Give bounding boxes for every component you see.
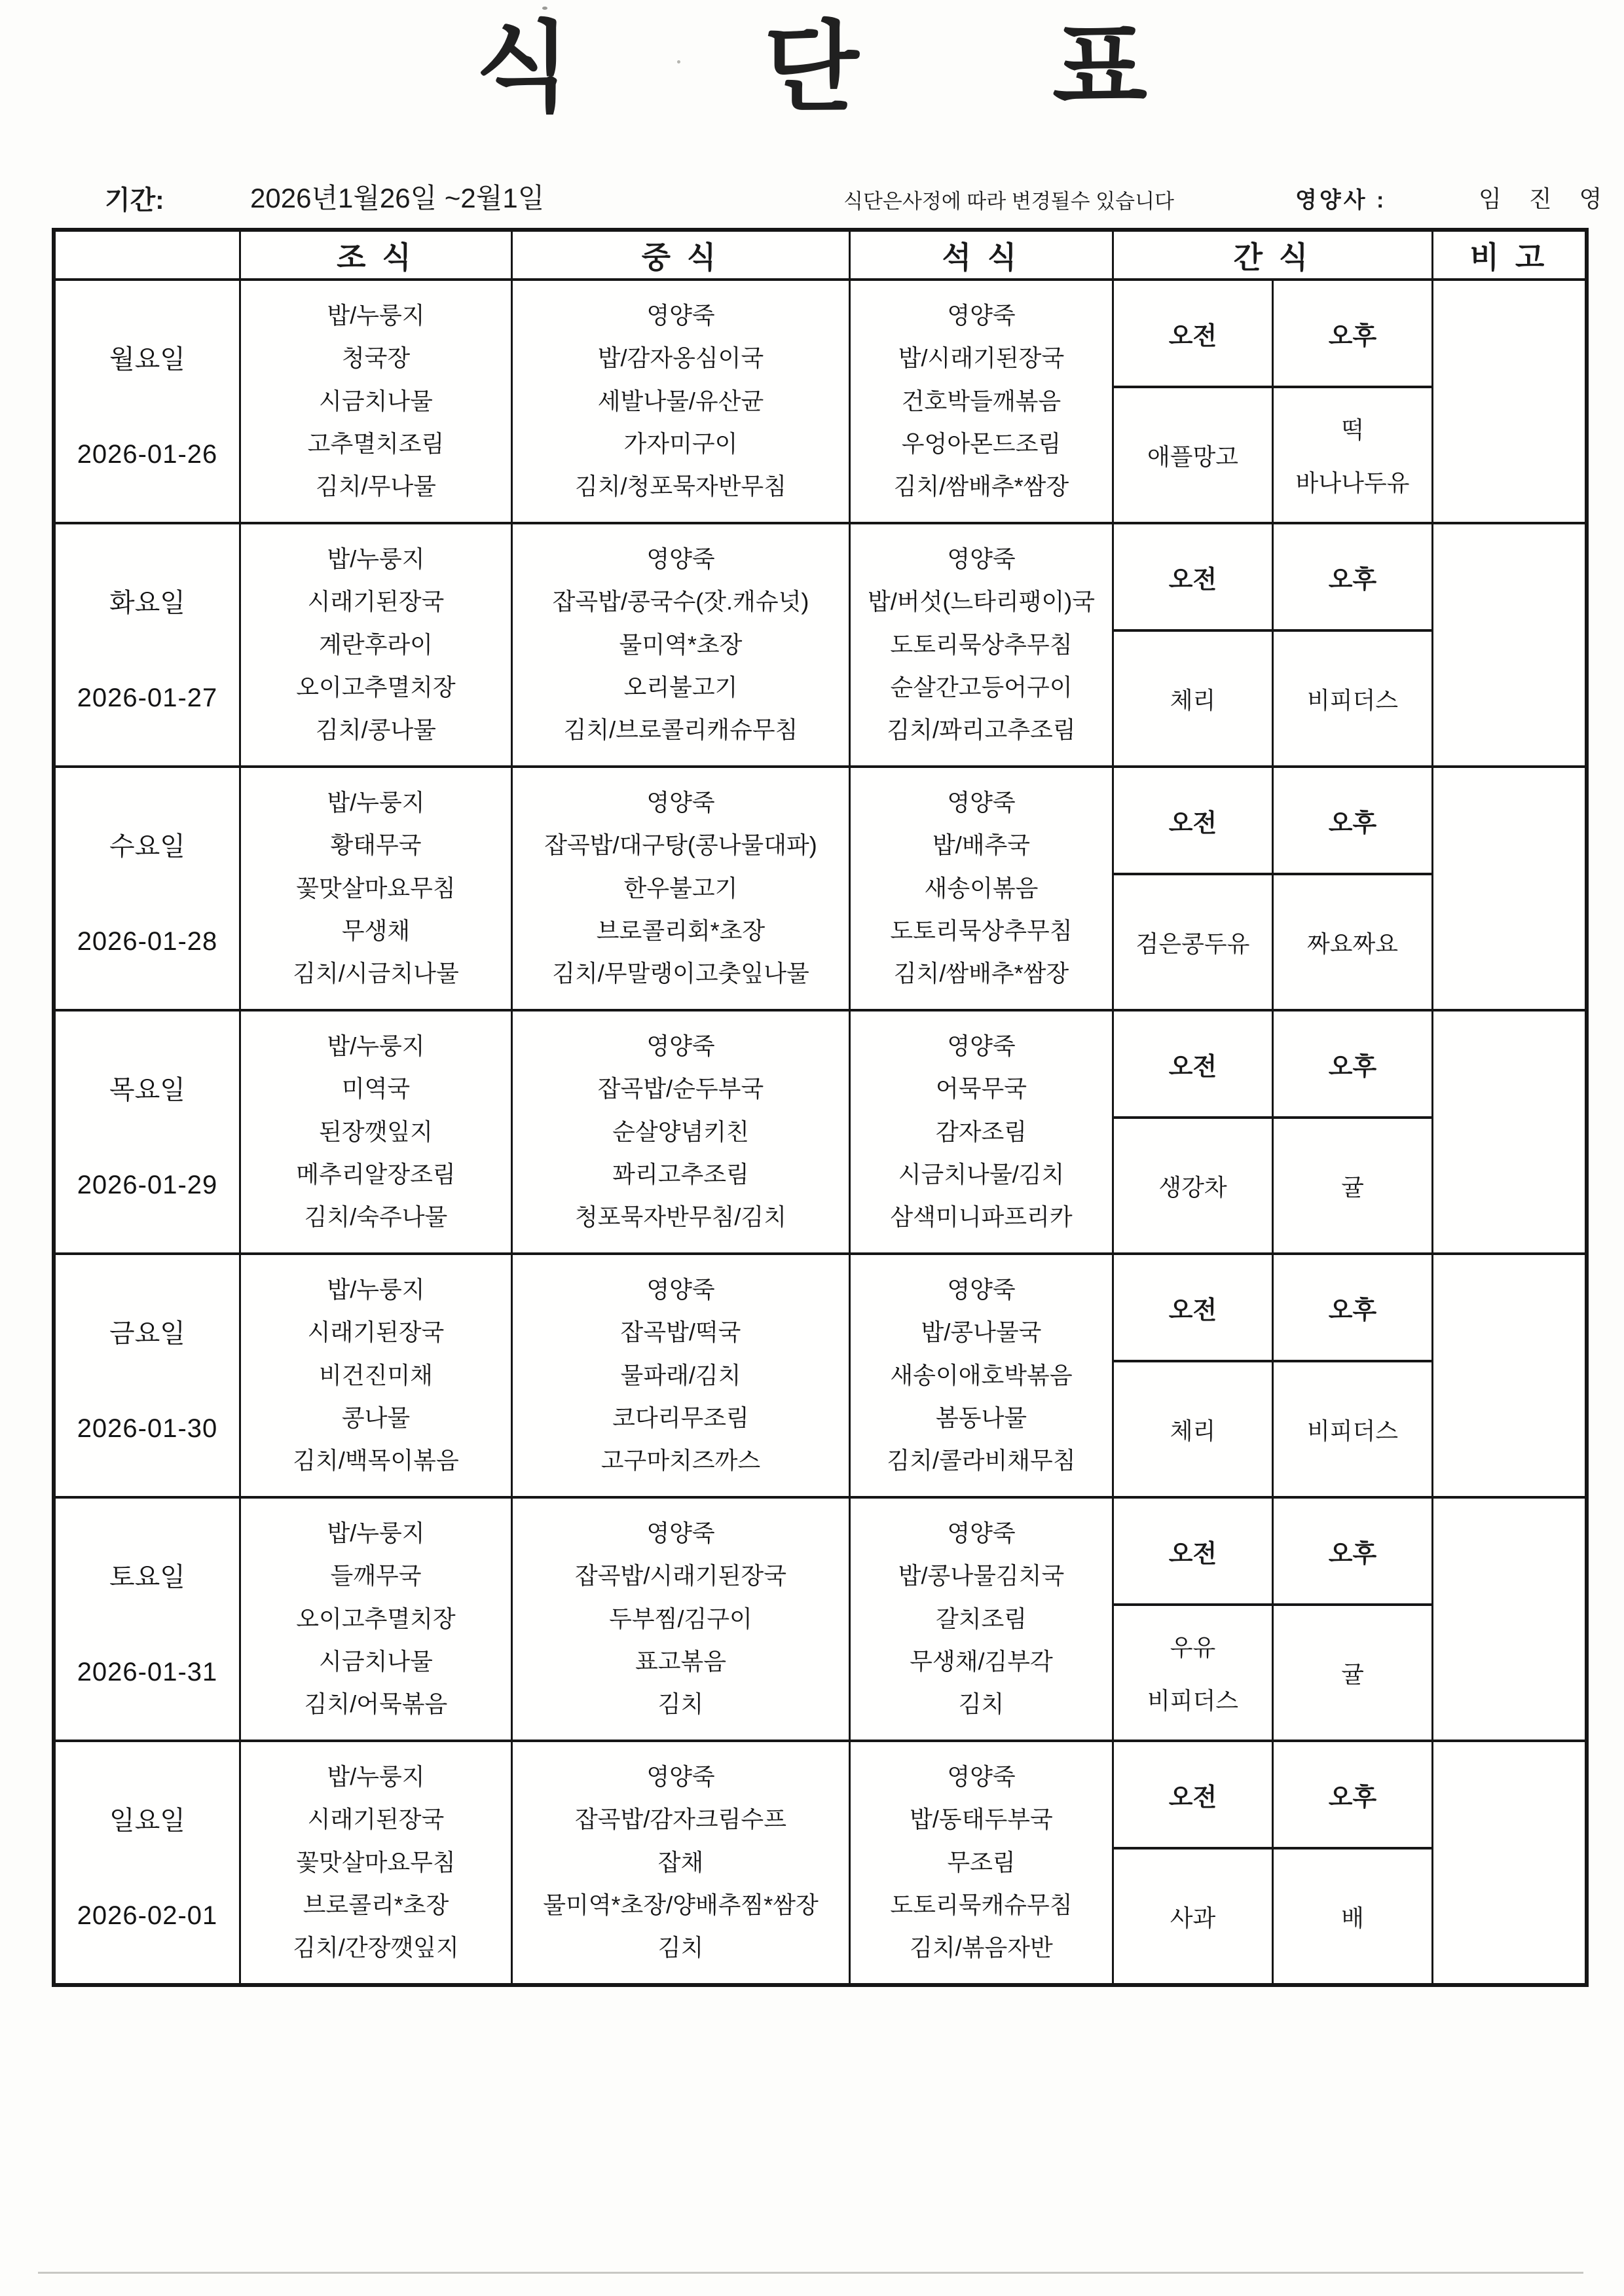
dinner-cell: 영양죽어묵무국감자조림시금치나물/김치삼색미니파프리카 — [849, 1011, 1112, 1252]
menu-item: 김치/쌈배추*쌈장 — [853, 961, 1109, 987]
menu-item: 표고볶음 — [515, 1649, 846, 1675]
day-date: 2026-01-29 — [56, 1171, 239, 1200]
snack-pm-label: 오후 — [1274, 768, 1431, 875]
menu-item: 도토리묵상추무침 — [853, 919, 1109, 944]
menu-item: 밥/누룽지 — [244, 790, 508, 816]
snack-item: 귤 — [1275, 1169, 1430, 1203]
menu-item: 건호박들깨볶음 — [853, 389, 1109, 414]
snack-pm-cell: 오후비피더스 — [1272, 1255, 1431, 1496]
period-label: 기간: — [105, 179, 164, 217]
snack-pm-label: 오후 — [1274, 1742, 1431, 1850]
menu-item: 밥/배추국 — [853, 833, 1109, 858]
header-row: 조 식 중 식 석 식 간 식 비 고 — [56, 232, 1585, 278]
menu-item: 새송이애호박볶음 — [853, 1363, 1109, 1389]
snack-am-label: 오전 — [1114, 1499, 1272, 1606]
snack-pm-cell: 오후비피더스 — [1272, 524, 1431, 765]
menu-item: 영양죽 — [515, 547, 846, 572]
breakfast-cell: 밥/누룽지시래기된장국꽃맛살마요무침브로콜리*초장김치/간장깻잎지 — [239, 1742, 511, 1983]
menu-item: 청포묵자반무침/김치 — [515, 1205, 846, 1230]
day-name: 토요일 — [56, 1556, 239, 1594]
snack-am-items: 생강차 — [1114, 1119, 1272, 1252]
note-cell — [1431, 1499, 1585, 1740]
day-date: 2026-02-01 — [56, 1901, 239, 1931]
menu-item: 영양죽 — [515, 1521, 846, 1546]
snack-item: 검은콩두유 — [1115, 926, 1270, 959]
menu-item: 김치/콩나물 — [244, 718, 508, 743]
snack-pm-items: 배 — [1274, 1850, 1431, 1983]
menu-item: 삼색미니파프리카 — [853, 1205, 1109, 1230]
note-cell — [1431, 1255, 1585, 1496]
day-cell: 토요일2026-01-31 — [56, 1499, 239, 1740]
menu-item: 김치/콜라비채무침 — [853, 1448, 1109, 1474]
snack-item: 비피더스 — [1115, 1683, 1270, 1716]
snack-am-items: 사과 — [1114, 1850, 1272, 1983]
day-date: 2026-01-27 — [56, 683, 239, 713]
note-cell — [1431, 524, 1585, 765]
dietitian-name: 임 진 영 — [1479, 181, 1612, 214]
period-value: 2026년1월26일 ~2월1일 — [250, 177, 544, 216]
snack-pm-items: 떡바나나두유 — [1274, 388, 1431, 522]
menu-item: 잡곡밥/감자크림수프 — [515, 1807, 846, 1832]
menu-item: 물미역*초장 — [515, 632, 846, 658]
menu-item: 시래기된장국 — [244, 589, 508, 615]
menu-item: 김치/무나물 — [244, 474, 508, 500]
menu-item: 꽃맛살마요무침 — [244, 876, 508, 902]
day-date: 2026-01-28 — [56, 927, 239, 957]
breakfast-cell: 밥/누룽지들깨무국오이고추멸치장시금치나물김치/어묵볶음 — [239, 1499, 511, 1740]
snack-am-cell: 오전우유비피더스 — [1112, 1499, 1272, 1740]
breakfast-cell: 밥/누룽지시래기된장국계란후라이오이고추멸치장김치/콩나물 — [239, 524, 511, 765]
menu-item: 꽃맛살마요무침 — [244, 1850, 508, 1876]
menu-item: 물미역*초장/양배추찜*쌈장 — [515, 1893, 846, 1918]
menu-item: 김치/브로콜리캐슈무침 — [515, 718, 846, 743]
menu-item: 브로콜리회*초장 — [515, 919, 846, 944]
lunch-cell: 영양죽잡곡밥/감자크림수프잡채물미역*초장/양배추찜*쌈장김치 — [511, 1742, 849, 1983]
snack-item: 사과 — [1115, 1900, 1270, 1933]
menu-item: 무생채 — [244, 919, 508, 944]
snack-item: 생강차 — [1115, 1169, 1270, 1203]
scanned-menu-page: 식 단 표 기간: 2026년1월26일 ~2월1일 식단은사정에 따라 변경될… — [0, 0, 1624, 2296]
menu-item: 밥/누룽지 — [244, 1521, 508, 1546]
snack-item: 떡 — [1275, 412, 1430, 445]
snack-pm-items: 귤 — [1274, 1119, 1431, 1252]
snack-item: 비피더스 — [1275, 1413, 1430, 1446]
note-cell — [1431, 1011, 1585, 1252]
header-snack: 간 식 — [1112, 232, 1431, 278]
header-day-cell — [56, 232, 239, 278]
day-name: 금요일 — [56, 1313, 239, 1350]
menu-item: 봄동나물 — [853, 1406, 1109, 1431]
snack-pm-label: 오후 — [1274, 1011, 1431, 1119]
menu-item: 시래기된장국 — [244, 1807, 508, 1832]
menu-item: 김치/무말랭이고춧잎나물 — [515, 961, 846, 987]
menu-item: 영양죽 — [853, 1764, 1109, 1790]
snack-am-cell: 오전애플망고 — [1112, 281, 1272, 522]
menu-item: 밥/동태두부국 — [853, 1807, 1109, 1832]
snack-am-cell: 오전체리 — [1112, 524, 1272, 765]
menu-item: 오이고추멸치장 — [244, 1607, 508, 1632]
dinner-cell: 영양죽밥/배추국새송이볶음도토리묵상추무침김치/쌈배추*쌈장 — [849, 768, 1112, 1009]
dinner-cell: 영양죽밥/동태두부국무조림도토리묵캐슈무침김치/볶음자반 — [849, 1742, 1112, 1983]
snack-pm-items: 귤 — [1274, 1606, 1431, 1740]
snack-item: 귤 — [1275, 1656, 1430, 1690]
menu-row: 목요일2026-01-29밥/누룽지미역국된장깻잎지메추리알장조림김치/숙주나물… — [56, 1009, 1585, 1252]
menu-item: 청국장 — [244, 346, 508, 371]
menu-row: 금요일2026-01-30밥/누룽지시래기된장국비건진미채콩나물김치/백목이볶음… — [56, 1252, 1585, 1496]
dinner-cell: 영양죽밥/콩나물국새송이애호박볶음봄동나물김치/콜라비채무침 — [849, 1255, 1112, 1496]
snack-item: 배 — [1275, 1900, 1430, 1933]
menu-item: 순살양념키친 — [515, 1120, 846, 1145]
menu-item: 황태무국 — [244, 833, 508, 858]
snack-am-cell: 오전검은콩두유 — [1112, 768, 1272, 1009]
menu-item: 영양죽 — [515, 1277, 846, 1303]
menu-item: 잡곡밥/순두부국 — [515, 1076, 846, 1102]
lunch-cell: 영양죽잡곡밥/순두부국순살양념키친꽈리고추조림청포묵자반무침/김치 — [511, 1011, 849, 1252]
breakfast-cell: 밥/누룽지황태무국꽃맛살마요무침무생채김치/시금치나물 — [239, 768, 511, 1009]
menu-item: 영양죽 — [853, 1277, 1109, 1303]
menu-item: 잡곡밥/콩국수(잣.캐슈넛) — [515, 589, 846, 615]
snack-item: 체리 — [1115, 682, 1270, 716]
snack-am-label: 오전 — [1114, 768, 1272, 875]
breakfast-cell: 밥/누룽지미역국된장깻잎지메추리알장조림김치/숙주나물 — [239, 1011, 511, 1252]
menu-item: 오이고추멸치장 — [244, 675, 508, 701]
menu-item: 어묵무국 — [853, 1076, 1109, 1102]
menu-item: 갈치조림 — [853, 1607, 1109, 1632]
snack-item: 짜요짜요 — [1275, 926, 1430, 959]
snack-am-label: 오전 — [1114, 524, 1272, 632]
menu-item: 영양죽 — [515, 1764, 846, 1790]
snack-am-items: 체리 — [1114, 1362, 1272, 1496]
menu-item: 콩나물 — [244, 1406, 508, 1431]
note-cell — [1431, 281, 1585, 522]
menu-item: 밥/누룽지 — [244, 547, 508, 572]
menu-row: 토요일2026-01-31밥/누룽지들깨무국오이고추멸치장시금치나물김치/어묵볶… — [56, 1496, 1585, 1740]
header-note: 비 고 — [1431, 232, 1585, 278]
snack-item: 비피더스 — [1275, 682, 1430, 716]
menu-item: 가자미구이 — [515, 431, 846, 457]
menu-item: 들깨무국 — [244, 1563, 508, 1589]
lunch-cell: 영양죽잡곡밥/떡국물파래/김치코다리무조림고구마치즈까스 — [511, 1255, 849, 1496]
snack-pm-cell: 오후귤 — [1272, 1499, 1431, 1740]
menu-item: 밥/콩나물국 — [853, 1320, 1109, 1345]
snack-pm-label: 오후 — [1274, 524, 1431, 632]
snack-pm-cell: 오후짜요짜요 — [1272, 768, 1431, 1009]
menu-item: 영양죽 — [853, 790, 1109, 816]
snack-pm-items: 짜요짜요 — [1274, 875, 1431, 1009]
menu-item: 도토리묵상추무침 — [853, 632, 1109, 658]
snack-am-label: 오전 — [1114, 1255, 1272, 1362]
menu-item: 무생채/김부각 — [853, 1649, 1109, 1675]
menu-item: 김치/간장깻잎지 — [244, 1935, 508, 1961]
menu-item: 무조림 — [853, 1850, 1109, 1876]
day-cell: 일요일2026-02-01 — [56, 1742, 239, 1983]
menu-item: 잡곡밥/시래기된장국 — [515, 1563, 846, 1589]
lunch-cell: 영양죽밥/감자옹심이국세발나물/유산균가자미구이김치/청포묵자반무침 — [511, 281, 849, 522]
day-date: 2026-01-30 — [56, 1414, 239, 1444]
dinner-cell: 영양죽밥/버섯(느타리팽이)국도토리묵상추무침순살간고등어구이김치/꽈리고추조림 — [849, 524, 1112, 765]
snack-item: 애플망고 — [1115, 439, 1270, 472]
day-cell: 수요일2026-01-28 — [56, 768, 239, 1009]
scan-artifact-line — [38, 2272, 1583, 2274]
snack-am-items: 체리 — [1114, 632, 1272, 765]
menu-item: 밥/감자옹심이국 — [515, 346, 846, 371]
menu-row: 화요일2026-01-27밥/누룽지시래기된장국계란후라이오이고추멸치장김치/콩… — [56, 522, 1585, 765]
snack-am-label: 오전 — [1114, 1011, 1272, 1119]
header-lunch: 중 식 — [511, 232, 849, 278]
menu-item: 밥/버섯(느타리팽이)국 — [853, 589, 1109, 615]
snack-am-items: 검은콩두유 — [1114, 875, 1272, 1009]
menu-item: 영양죽 — [853, 547, 1109, 572]
day-cell: 목요일2026-01-29 — [56, 1011, 239, 1252]
menu-item: 영양죽 — [515, 790, 846, 816]
dietitian-label: 영양사 : — [1295, 182, 1386, 214]
menu-item: 미역국 — [244, 1076, 508, 1102]
menu-item: 시금치나물 — [244, 1649, 508, 1675]
day-name: 월요일 — [56, 338, 239, 376]
menu-item: 김치/꽈리고추조림 — [853, 718, 1109, 743]
menu-item: 잡곡밥/대구탕(콩나물대파) — [515, 833, 846, 858]
menu-item: 두부찜/김구이 — [515, 1607, 846, 1632]
day-date: 2026-01-31 — [56, 1658, 239, 1687]
menu-item: 김치/숙주나물 — [244, 1205, 508, 1230]
snack-pm-cell: 오후배 — [1272, 1742, 1431, 1983]
menu-item: 김치 — [853, 1692, 1109, 1717]
scan-speck — [677, 60, 680, 64]
menu-item: 김치 — [515, 1935, 846, 1961]
menu-item: 밥/시래기된장국 — [853, 346, 1109, 371]
note-cell — [1431, 1742, 1585, 1983]
menu-item: 김치/청포묵자반무침 — [515, 474, 846, 500]
snack-pm-items: 비피더스 — [1274, 1362, 1431, 1496]
menu-item: 고구마치즈까스 — [515, 1448, 846, 1474]
day-name: 수요일 — [56, 826, 239, 863]
menu-item: 밥/누룽지 — [244, 303, 508, 329]
menu-item: 영양죽 — [853, 1521, 1109, 1546]
snack-am-cell: 오전체리 — [1112, 1255, 1272, 1496]
menu-item: 물파래/김치 — [515, 1363, 846, 1389]
snack-am-label: 오전 — [1114, 281, 1272, 388]
snack-item: 체리 — [1115, 1413, 1270, 1446]
menu-item: 시래기된장국 — [244, 1320, 508, 1345]
menu-item: 밥/누룽지 — [244, 1277, 508, 1303]
snack-pm-label: 오후 — [1274, 1499, 1431, 1606]
menu-table: 조 식 중 식 석 식 간 식 비 고 월요일2026-01-26밥/누룽지청국… — [52, 228, 1589, 1987]
menu-item: 시금치나물/김치 — [853, 1162, 1109, 1188]
menu-item: 영양죽 — [853, 303, 1109, 329]
breakfast-cell: 밥/누룽지청국장시금치나물고추멸치조림김치/무나물 — [239, 281, 511, 522]
snack-am-label: 오전 — [1114, 1742, 1272, 1850]
menu-item: 영양죽 — [515, 303, 846, 329]
day-name: 목요일 — [56, 1069, 239, 1106]
snack-am-cell: 오전사과 — [1112, 1742, 1272, 1983]
snack-pm-label: 오후 — [1274, 281, 1431, 388]
menu-item: 새송이볶음 — [853, 876, 1109, 902]
day-date: 2026-01-26 — [56, 440, 239, 469]
day-name: 화요일 — [56, 582, 239, 619]
page-title: 식 단 표 — [0, 18, 1624, 117]
lunch-cell: 영양죽잡곡밥/대구탕(콩나물대파)한우불고기브로콜리회*초장김치/무말랭이고춧잎… — [511, 768, 849, 1009]
menu-item: 밥/누룽지 — [244, 1764, 508, 1790]
menu-item: 순살간고등어구이 — [853, 675, 1109, 701]
change-notice: 식단은사정에 따라 변경될수 있습니다 — [843, 185, 1174, 214]
menu-row: 일요일2026-02-01밥/누룽지시래기된장국꽃맛살마요무침브로콜리*초장김치… — [56, 1740, 1585, 1983]
dinner-cell: 영양죽밥/시래기된장국건호박들깨볶음우엉아몬드조림김치/쌈배추*쌈장 — [849, 281, 1112, 522]
menu-item: 감자조림 — [853, 1120, 1109, 1145]
menu-item: 영양죽 — [515, 1034, 846, 1059]
menu-row: 월요일2026-01-26밥/누룽지청국장시금치나물고추멸치조림김치/무나물영양… — [56, 278, 1585, 522]
snack-am-cell: 오전생강차 — [1112, 1011, 1272, 1252]
menu-row: 수요일2026-01-28밥/누룽지황태무국꽃맛살마요무침무생채김치/시금치나물… — [56, 765, 1585, 1009]
snack-pm-cell: 오후떡바나나두유 — [1272, 281, 1431, 522]
menu-item: 한우불고기 — [515, 876, 846, 902]
table-body: 월요일2026-01-26밥/누룽지청국장시금치나물고추멸치조림김치/무나물영양… — [56, 278, 1585, 1983]
menu-item: 김치/시금치나물 — [244, 961, 508, 987]
menu-item: 브로콜리*초장 — [244, 1893, 508, 1918]
menu-item: 고추멸치조림 — [244, 431, 508, 457]
menu-item: 밥/누룽지 — [244, 1034, 508, 1059]
menu-item: 밥/콩나물김치국 — [853, 1563, 1109, 1589]
menu-item: 시금치나물 — [244, 389, 508, 414]
day-cell: 금요일2026-01-30 — [56, 1255, 239, 1496]
menu-item: 세발나물/유산균 — [515, 389, 846, 414]
menu-item: 비건진미채 — [244, 1363, 508, 1389]
menu-item: 영양죽 — [853, 1034, 1109, 1059]
dinner-cell: 영양죽밥/콩나물김치국갈치조림무생채/김부각김치 — [849, 1499, 1112, 1740]
menu-item: 김치/쌈배추*쌈장 — [853, 474, 1109, 500]
lunch-cell: 영양죽잡곡밥/시래기된장국두부찜/김구이표고볶음김치 — [511, 1499, 849, 1740]
menu-item: 꽈리고추조림 — [515, 1162, 846, 1188]
menu-item: 코다리무조림 — [515, 1406, 846, 1431]
menu-item: 김치/볶음자반 — [853, 1935, 1109, 1961]
menu-item: 도토리묵캐슈무침 — [853, 1893, 1109, 1918]
menu-item: 메추리알장조림 — [244, 1162, 508, 1188]
meta-row: 기간: 2026년1월26일 ~2월1일 식단은사정에 따라 변경될수 있습니다… — [0, 175, 1624, 212]
note-cell — [1431, 768, 1585, 1009]
snack-am-items: 애플망고 — [1114, 388, 1272, 522]
menu-item: 우엉아몬드조림 — [853, 431, 1109, 457]
menu-item: 김치/어묵볶음 — [244, 1692, 508, 1717]
snack-pm-label: 오후 — [1274, 1255, 1431, 1362]
menu-item: 오리불고기 — [515, 675, 846, 701]
snack-pm-cell: 오후귤 — [1272, 1011, 1431, 1252]
snack-item: 바나나두유 — [1275, 465, 1430, 498]
day-cell: 화요일2026-01-27 — [56, 524, 239, 765]
menu-item: 계란후라이 — [244, 632, 508, 658]
lunch-cell: 영양죽잡곡밥/콩국수(잣.캐슈넛)물미역*초장오리불고기김치/브로콜리캐슈무침 — [511, 524, 849, 765]
snack-am-items: 우유비피더스 — [1114, 1606, 1272, 1740]
day-name: 일요일 — [56, 1800, 239, 1837]
snack-pm-items: 비피더스 — [1274, 632, 1431, 765]
breakfast-cell: 밥/누룽지시래기된장국비건진미채콩나물김치/백목이볶음 — [239, 1255, 511, 1496]
menu-item: 잡곡밥/떡국 — [515, 1320, 846, 1345]
scan-speck — [542, 7, 547, 10]
menu-item: 김치 — [515, 1692, 846, 1717]
header-dinner: 석 식 — [849, 232, 1112, 278]
header-breakfast: 조 식 — [239, 232, 511, 278]
snack-item: 우유 — [1115, 1630, 1270, 1663]
day-cell: 월요일2026-01-26 — [56, 281, 239, 522]
menu-item: 김치/백목이볶음 — [244, 1448, 508, 1474]
menu-item: 된장깻잎지 — [244, 1120, 508, 1145]
menu-item: 잡채 — [515, 1850, 846, 1876]
